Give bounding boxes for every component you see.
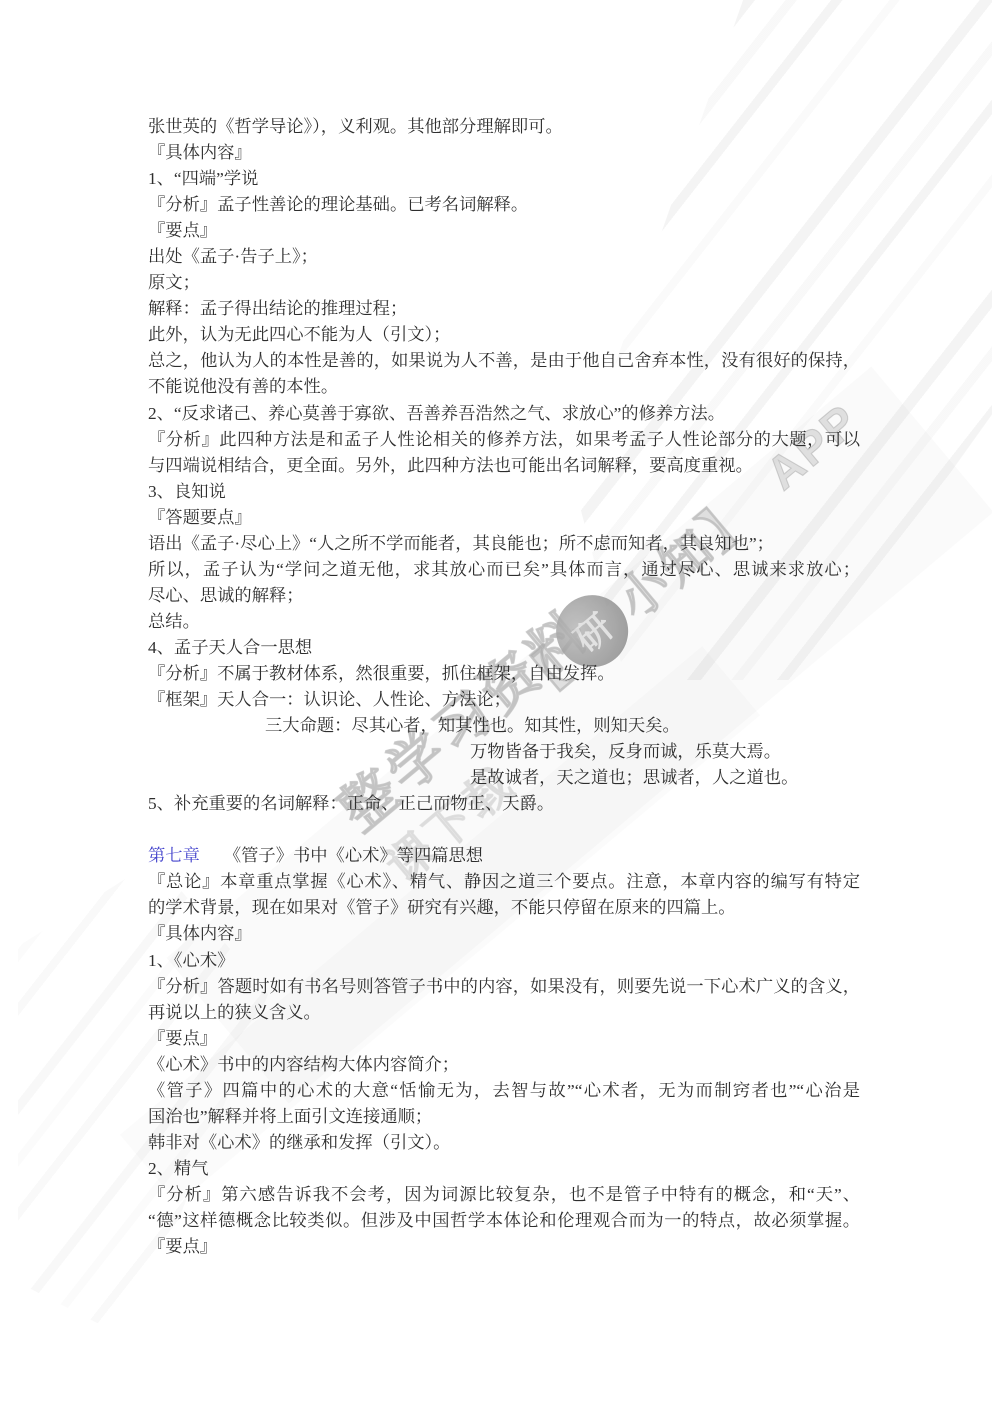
text-line: 『要点』: [148, 218, 860, 244]
blank-line: [148, 817, 860, 843]
text-line: “德”这样德概念比较类似。但涉及中国哲学本体论和伦理观合而为一的特点，故必须掌握…: [148, 1208, 860, 1234]
text-line: 『答题要点』: [148, 505, 860, 531]
text-line: 『框架』天人合一：认识论、人性论、方法论；: [148, 687, 860, 713]
text-line: 『要点』: [148, 1026, 860, 1052]
text-line: 『分析』不属于教材体系，然很重要，抓住框架，自由发挥。: [148, 661, 860, 687]
chapter-heading: 第七章《管子》书中《心术》等四篇思想: [148, 843, 860, 869]
text-line: 所以，孟子认为“学问之道无他，求其放心而已矣”具体而言，通过尽心、思诚来求放心；: [148, 557, 860, 583]
text-line: 『分析』第六感告诉我不会考，因为词源比较复杂，也不是管子中特有的概念，和“天”、: [148, 1182, 860, 1208]
text-line: 是故诚者，天之道也；思诚者，人之道也。: [148, 765, 860, 791]
document-page: 整学习资料 【 研 小知】 APP 课下载 张世英的《哲学导论》），义利观。其他…: [0, 0, 992, 1403]
text-line: 4、孟子天人合一思想: [148, 635, 860, 661]
text-line: 此外，认为无此四心不能为人（引文）；: [148, 322, 860, 348]
text-line: 再说以上的狭义含义。: [148, 1000, 860, 1026]
text-line: 1、“四端”学说: [148, 166, 860, 192]
text-line: 总之，他认为人的本性是善的，如果说为人不善，是由于他自己舍弃本性，没有很好的保持…: [148, 348, 860, 374]
text-line: 《管子》四篇中的心术的大意“恬愉无为，去智与故”“心术者，无为而制窍者也”“心治…: [148, 1078, 860, 1104]
text-line: 语出《孟子·尽心上》“人之所不学而能者，其良能也；所不虑而知者，其良知也”；: [148, 531, 860, 557]
chapter-title: 《管子》书中《心术》等四篇思想: [200, 846, 483, 865]
text-line: 『分析』此四种方法是和孟子人性论相关的修养方法，如果考孟子人性论部分的大题，可以: [148, 427, 860, 453]
scanned-document: { "page": { "background": "#ffffff", "bo…: [0, 0, 992, 1403]
text-line: 『具体内容』: [148, 921, 860, 947]
text-line: 『分析』孟子性善论的理论基础。已考名词解释。: [148, 192, 860, 218]
text-line: 《心术》书中的内容结构大体内容简介；: [148, 1052, 860, 1078]
text-line: 『要点』: [148, 1234, 860, 1260]
text-line: 2、“反求诸己、养心莫善于寡欲、吾善养吾浩然之气、求放心”的修养方法。: [148, 401, 860, 427]
text-line: 『具体内容』: [148, 140, 860, 166]
text-line: 出处《孟子·告子上》；: [148, 244, 860, 270]
text-line: 『总论』本章重点掌握《心术》、精气、静因之道三个要点。注意，本章内容的编写有特定: [148, 869, 860, 895]
text-line: 5、补充重要的名词解释：正命、正己而物正、天爵。: [148, 791, 860, 817]
text-line: 不能说他没有善的本性。: [148, 374, 860, 400]
text-line: 原文；: [148, 270, 860, 296]
text-line: 尽心、思诚的解释；: [148, 583, 860, 609]
text-line: 万物皆备于我矣，反身而诚，乐莫大焉。: [148, 739, 860, 765]
text-line: 解释：孟子得出结论的推理过程；: [148, 296, 860, 322]
chapter-number: 第七章: [148, 846, 200, 865]
text-line: 总结。: [148, 609, 860, 635]
text-line: 3、良知说: [148, 479, 860, 505]
text-line: 韩非对《心术》的继承和发挥（引文）。: [148, 1130, 860, 1156]
text-line: 三大命题：尽其心者，知其性也。知其性，则知天矣。: [148, 713, 860, 739]
text-line: 『分析』答题时如有书名号则答管子书中的内容，如果没有，则要先说一下心术广义的含义…: [148, 974, 860, 1000]
text-line: 张世英的《哲学导论》），义利观。其他部分理解即可。: [148, 114, 860, 140]
text-line: 与四端说相结合，更全面。另外，此四种方法也可能出名词解释，要高度重视。: [148, 453, 860, 479]
document-text: 张世英的《哲学导论》），义利观。其他部分理解即可。『具体内容』1、“四端”学说『…: [148, 114, 860, 1260]
text-line: 1、《心术》: [148, 948, 860, 974]
text-line: 2、精气: [148, 1156, 860, 1182]
text-line: 的学术背景，现在如果对《管子》研究有兴趣，不能只停留在原来的四篇上。: [148, 895, 860, 921]
text-line: 国治也”解释并将上面引文连接通顺；: [148, 1104, 860, 1130]
